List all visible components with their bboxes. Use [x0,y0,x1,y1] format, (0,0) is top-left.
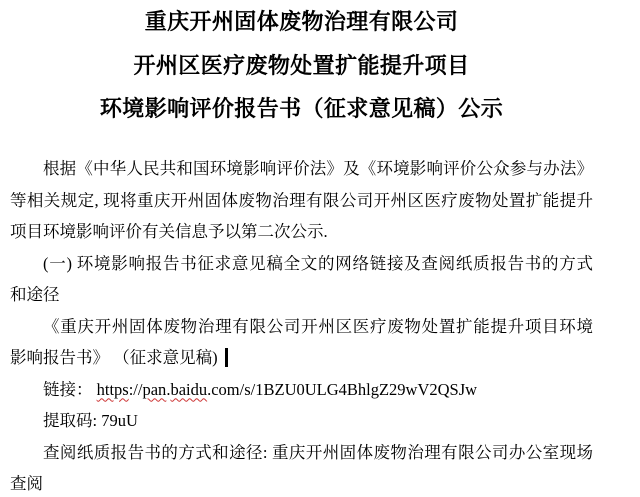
document-title-line-1: 重庆开州固体废物治理有限公司 [10,0,593,44]
document-line: (一) 环境影响报告书征求意见稿全文的网络链接及查阅纸质报告书的方式 [10,248,593,280]
text-run: 《重庆开州固体废物治理有限公司开州区医疗废物处置扩能提升项目环境 [43,317,593,336]
document-body: 根据《中华人民共和国环境影响评价法》及《环境影响评价公众参与办法》等相关规定, … [10,153,593,497]
document-title-line-3: 环境影响评价报告书（征求意见稿）公示 [10,87,593,131]
pan-baidu-url-part: baidu [170,380,207,399]
document-line: 根据《中华人民共和国环境影响评价法》及《环境影响评价公众参与办法》 [10,153,593,185]
text-run: 项目环境影响评价有关信息予以第二次公示. [10,222,328,241]
document-line: 影响报告书》 （征求意见稿) [10,342,593,374]
pan-baidu-url-part: :// [129,380,143,399]
document-title-line-2: 开州区医疗废物处置扩能提升项目 [10,44,593,88]
pan-baidu-url-part: pan [142,380,166,399]
text-run: (一) 环境影响报告书征求意见稿全文的网络链接及查阅纸质报告书的方式 [43,254,593,273]
extraction-code-value: 79uU [101,411,138,430]
text-run: 根据《中华人民共和国环境影响评价法》及《环境影响评价公众参与办法》 [43,159,593,178]
pan-baidu-url-part: .com/s/1BZU0ULG4BhlgZ29wV2QSJw [207,380,477,399]
text-run: 影响报告书》 （征求意见稿) [10,348,218,367]
document-line: 《重庆开州固体废物治理有限公司开州区医疗废物处置扩能提升项目环境 [10,311,593,343]
text-run: 和途径 [10,285,60,304]
document-title: 重庆开州固体废物治理有限公司 开州区医疗废物处置扩能提升项目 环境影响评价报告书… [10,0,593,131]
document-line: 等相关规定, 现将重庆开州固体废物治理有限公司开州区医疗废物处置扩能提升 [10,185,593,217]
document-line: 和途径 [10,279,593,311]
text-cursor [225,348,228,367]
text-run: 等相关规定, 现将重庆开州固体废物治理有限公司开州区医疗废物处置扩能提升 [10,191,593,210]
document-line: 查阅纸质报告书的方式和途径: 重庆开州固体废物治理有限公司办公室现场 [10,437,593,469]
text-run: 查阅 [10,474,43,493]
document-line: 链接： https://pan.baidu.com/s/1BZU0ULG4Bhl… [10,374,593,406]
text-run: 查阅纸质报告书的方式和途径: 重庆开州固体废物治理有限公司办公室现场 [43,443,593,462]
document-line: 项目环境影响评价有关信息予以第二次公示. [10,216,593,248]
link-label: 链接： [43,380,97,399]
extraction-code-label: 提取码: [43,411,101,430]
document-page: 重庆开州固体废物治理有限公司 开州区医疗废物处置扩能提升项目 环境影响评价报告书… [0,0,640,497]
document-line: 查阅 [10,468,593,497]
pan-baidu-url-part: https [97,380,129,399]
document-line: 提取码: 79uU [10,405,593,437]
